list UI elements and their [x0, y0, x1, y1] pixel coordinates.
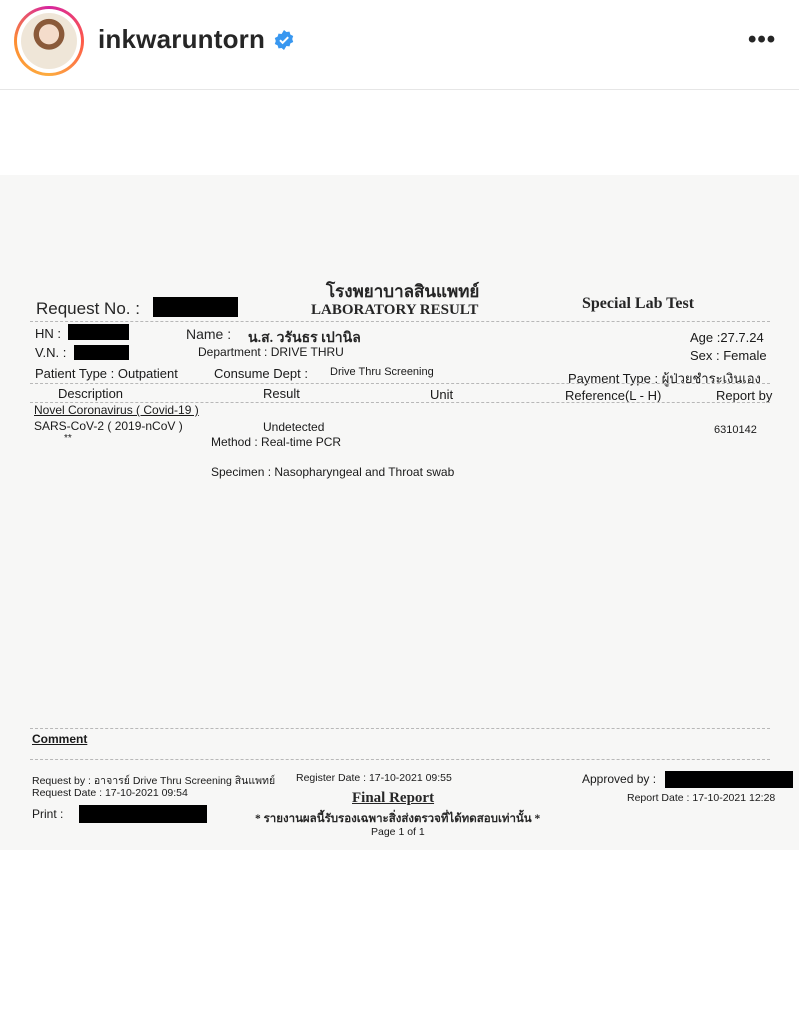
name-label: Name : — [186, 326, 231, 342]
method: Method : Real-time PCR — [211, 435, 341, 449]
comment-label: Comment — [32, 732, 87, 746]
col-unit: Unit — [430, 387, 453, 402]
consume-dept-value: Drive Thru Screening — [330, 366, 434, 378]
age: Age :27.7.24 — [690, 330, 764, 345]
payment-type: Payment Type : ผู้ป่วยชำระเงินเอง — [568, 368, 761, 389]
redacted-hn — [68, 324, 129, 340]
request-date: Request Date : 17-10-2021 09:54 — [32, 787, 188, 799]
sex: Sex : Female — [690, 348, 767, 363]
document-title: LABORATORY RESULT — [311, 302, 478, 319]
more-options-icon[interactable]: ••• — [748, 26, 776, 54]
verified-badge-icon — [274, 30, 294, 50]
department: Department : DRIVE THRU — [198, 345, 344, 359]
test-result: Undetected — [263, 420, 324, 434]
redacted-vn — [74, 345, 129, 360]
request-no-label: Request No. : — [36, 299, 140, 319]
print-label: Print : — [32, 807, 63, 821]
register-date: Register Date : 17-10-2021 09:55 — [296, 772, 452, 784]
divider — [30, 383, 770, 384]
redacted-request-no — [153, 297, 238, 317]
specimen: Specimen : Nasopharyngeal and Throat swa… — [211, 465, 454, 479]
report-date: Report Date : 17-10-2021 12:28 — [627, 792, 775, 804]
test-marker: ** — [64, 433, 72, 444]
divider — [30, 728, 770, 729]
username[interactable]: inkwaruntorn — [98, 24, 265, 55]
page-number: Page 1 of 1 — [371, 826, 425, 838]
redacted-approver — [665, 771, 793, 788]
col-description: Description — [58, 386, 123, 401]
patient-type: Patient Type : Outpatient — [35, 366, 178, 381]
post-header: inkwaruntorn ••• — [0, 0, 799, 90]
report-by-value: 6310142 — [714, 424, 757, 436]
section-title: Novel Coronavirus ( Covid-19 ) — [34, 403, 199, 417]
profile-avatar[interactable] — [21, 13, 77, 69]
document-subtitle: Special Lab Test — [582, 295, 694, 313]
redacted-print — [79, 805, 207, 823]
lab-result-document: โรงพยาบาลสินแพทย์ LABORATORY RESULT Spec… — [0, 175, 799, 850]
test-name: SARS-CoV-2 ( 2019-nCoV ) — [34, 419, 183, 433]
approved-by-label: Approved by : — [582, 772, 656, 786]
col-reference: Reference(L - H) — [565, 388, 661, 403]
story-ring[interactable] — [14, 6, 84, 76]
divider — [30, 759, 770, 760]
divider — [30, 321, 770, 322]
col-report-by: Report by — [716, 388, 772, 403]
final-report: Final Report — [352, 790, 434, 807]
consume-dept-label: Consume Dept : — [214, 366, 308, 381]
vn-label: V.N. : — [35, 345, 66, 360]
hn-label: HN : — [35, 326, 61, 341]
hospital-name: โรงพยาบาลสินแพทย์ — [326, 278, 479, 305]
col-result: Result — [263, 386, 300, 401]
